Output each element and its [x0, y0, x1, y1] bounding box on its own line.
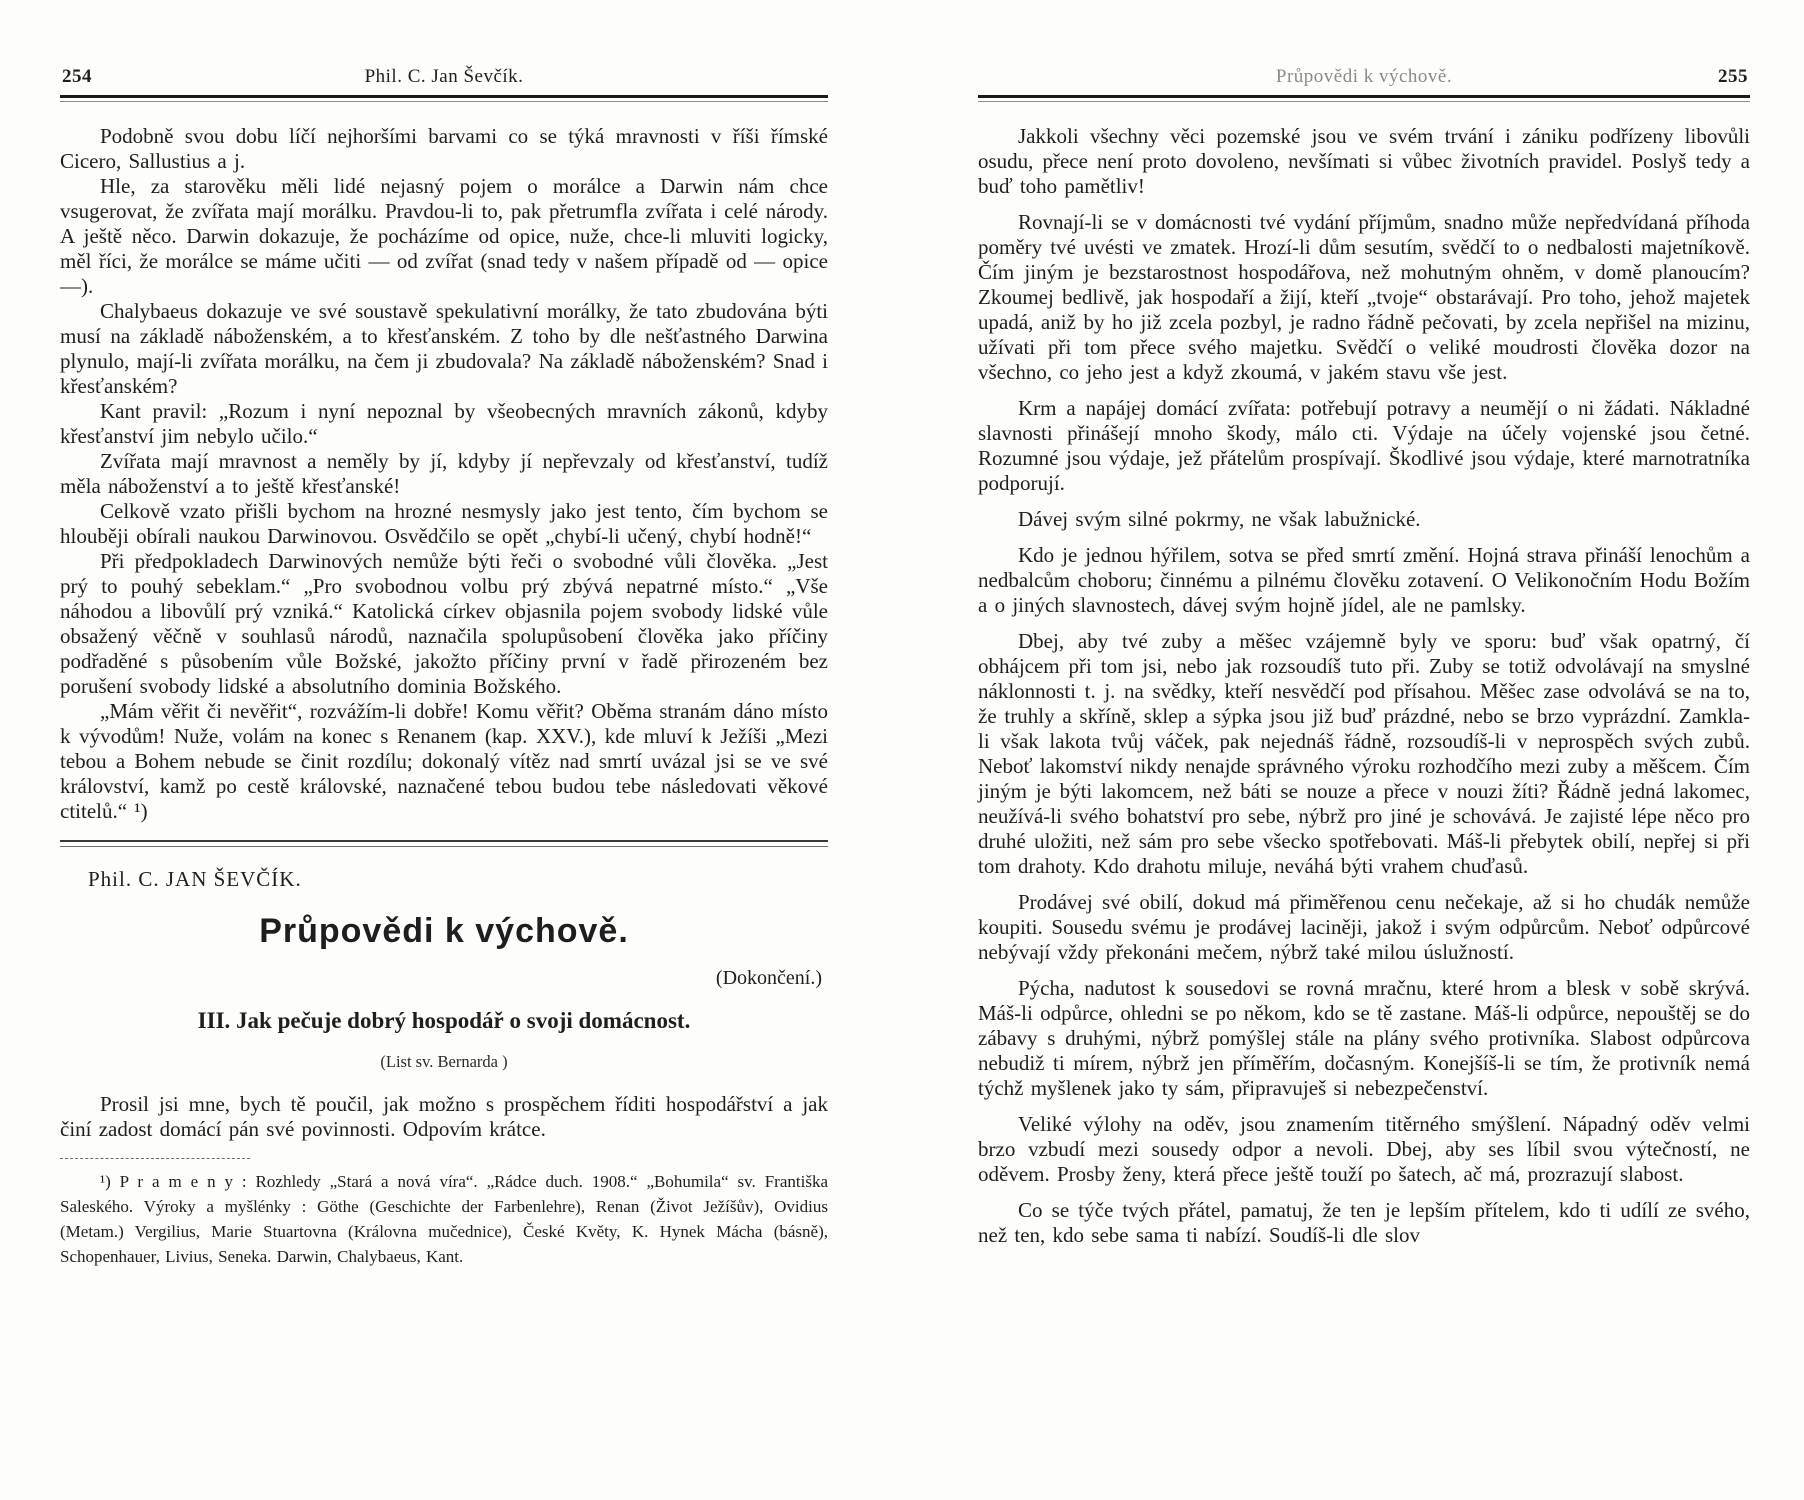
paragraph: Hle, za starověku měli lidé nejasný poje… [60, 174, 828, 299]
paragraph: „Mám věřit či nevěřit“, rozvážím-li dobř… [60, 699, 828, 824]
page-number-right: 255 [1718, 64, 1748, 90]
paragraph: Prosil jsi mne, bych tě poučil, jak možn… [60, 1092, 828, 1142]
paragraph: Jakkoli všechny věci pozemské jsou ve sv… [978, 124, 1750, 199]
page-left-header: 254 Phil. C. Jan Ševčík. [60, 64, 828, 90]
page-number-left: 254 [62, 64, 92, 90]
paragraph: Kant pravil: „Rozum i nyní nepoznal by v… [60, 399, 828, 449]
page-right-text: Jakkoli všechny věci pozemské jsou ve sv… [978, 124, 1750, 1248]
paragraph: Podobně svou dobu líčí nejhoršími barvam… [60, 124, 828, 174]
page-right: Průpovědi k výchově. 255 Jakkoli všechny… [978, 64, 1750, 1259]
footnote: ¹) P r a m e n y : Rozhledy „Stará a nov… [60, 1169, 828, 1269]
author-line: Phil. C. JAN ŠEVČÍK. [88, 867, 828, 892]
header-rule-left [60, 95, 828, 102]
paragraph: Chalybaeus dokazuje ve své soustavě spek… [60, 299, 828, 399]
footnote-separator [60, 1158, 250, 1159]
paragraph: Veliké výlohy na oděv, jsou znamením tit… [978, 1112, 1750, 1187]
paragraph: Zvířata mají mravnost a neměly by jí, kd… [60, 449, 828, 499]
paragraph: Kdo je jednou hýřilem, sotva se před smr… [978, 543, 1750, 618]
paragraph: Pýcha, nadutost k sousedovi se rovná mra… [978, 976, 1750, 1101]
article-closing-text: Podobně svou dobu líčí nejhoršími barvam… [60, 124, 828, 824]
paragraph: Co se týče tvých přátel, pamatuj, že ten… [978, 1198, 1750, 1248]
paragraph: Rovnají-li se v domácnosti tvé vydání př… [978, 210, 1750, 385]
page-right-header: Průpovědi k výchově. 255 [978, 64, 1750, 90]
running-title-left: Phil. C. Jan Ševčík. [365, 66, 524, 87]
continuation-note: (Dokončení.) [60, 967, 822, 990]
paragraph: Celkově vzato přišli bychom na hrozné ne… [60, 499, 828, 549]
article-separator-rule [60, 840, 828, 847]
scanned-book-spread: 254 Phil. C. Jan Ševčík. Podobně svou do… [0, 0, 1804, 1500]
running-title-right: Průpovědi k výchově. [1276, 66, 1452, 87]
paragraph: Při předpokladech Darwinových nemůže být… [60, 549, 828, 699]
page-left: 254 Phil. C. Jan Ševčík. Podobně svou do… [60, 64, 828, 1269]
source-note: (List sv. Bernarda ) [60, 1052, 828, 1072]
article-intro-text: Prosil jsi mne, bych tě poučil, jak možn… [60, 1092, 828, 1142]
article-title: Průpovědi k výchově. [60, 912, 828, 951]
paragraph: Dávej svým silné pokrmy, ne však labužni… [978, 507, 1750, 532]
paragraph: Krm a napájej domácí zvířata: potřebují … [978, 396, 1750, 496]
paragraph: Dbej, aby tvé zuby a měšec vzájemně byly… [978, 629, 1750, 879]
section-heading: III. Jak pečuje dobrý hospodář o svoji d… [60, 1008, 828, 1034]
header-rule-right [978, 95, 1750, 102]
paragraph: Prodávej své obilí, dokud má přiměřenou … [978, 890, 1750, 965]
